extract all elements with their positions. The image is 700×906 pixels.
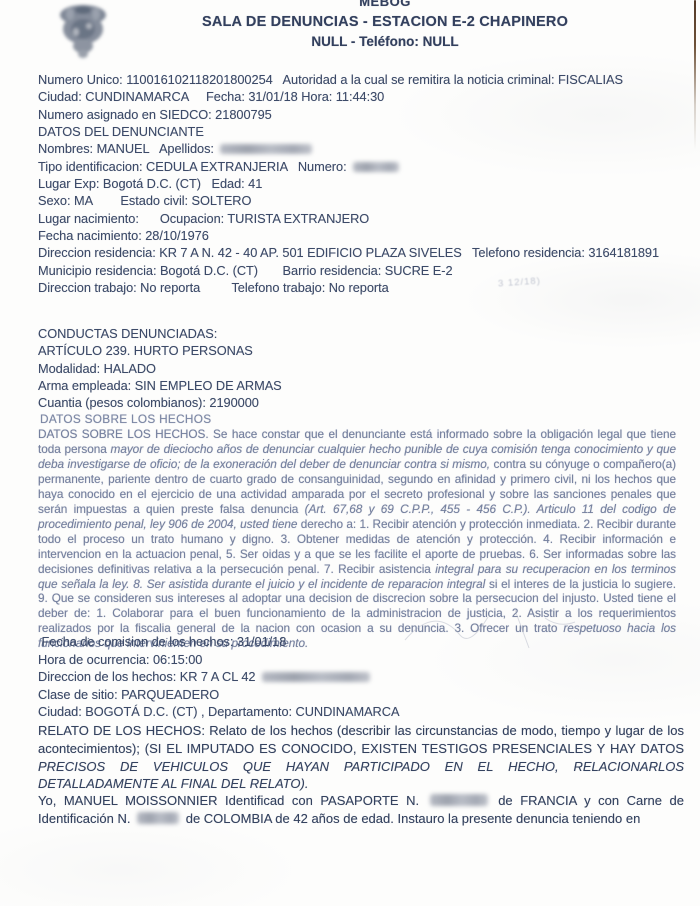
doc-line: Tipo identificacion: CEDULA EXTRANJERIA …	[38, 158, 678, 175]
doc-text: DATOS DEL DENUNCIANTE	[38, 124, 204, 139]
doc-line: Modalidad: HALADO	[38, 360, 678, 377]
doc-line: Numero Unico: 110016102118201800254 Auto…	[38, 71, 678, 88]
doc-text: Clase de sitio: PARQUEADERO	[38, 687, 219, 702]
doc-line: Direccion de los hechos: KR 7 A CL 42	[38, 668, 678, 686]
redacted-text	[262, 672, 370, 682]
doc-text: Numero Unico: 110016102118201800254 Auto…	[38, 72, 623, 87]
doc-text: ARTÍCULO 239. HURTO PERSONAS	[38, 343, 253, 358]
scanned-police-report-page: MEBOG SALA DE DENUNCIAS - ESTACION E-2 C…	[0, 0, 700, 906]
doc-text: Direccion de los hechos: KR 7 A CL 42	[38, 669, 259, 684]
pen-scribble-artifact	[395, 600, 595, 660]
doc-text: Direccion trabajo: No reporta Telefono t…	[38, 280, 389, 295]
doc-text: Modalidad: HALADO	[38, 361, 156, 376]
doc-text: Hora de ocurrencia: 06:15:00	[38, 652, 202, 667]
scan-edge-line-artifact	[694, 0, 696, 150]
doc-text: Lugar Exp: Bogotá D.C. (CT) Edad: 41	[38, 176, 262, 191]
doc-text: Sexo: MA Estado civil: SOLTERO	[38, 193, 251, 208]
doc-line: Ciudad: BOGOTÁ D.C. (CT) , Departamento:…	[38, 703, 678, 721]
doc-line: Arma empleada: SIN EMPLEO DE ARMAS	[38, 377, 678, 394]
redacted-text	[353, 162, 399, 172]
conductas-denunciadas-section: CONDUCTAS DENUNCIADAS:ARTÍCULO 239. HURT…	[38, 325, 678, 412]
doc-line: Direccion residencia: KR 7 A N. 42 - 40 …	[38, 244, 678, 261]
doc-line: Municipio residencia: Bogotá D.C. (CT) B…	[38, 262, 678, 279]
doc-line: Clase de sitio: PARQUEADERO	[38, 686, 678, 704]
doc-text: Tipo identificacion: CEDULA EXTRANJERIA …	[38, 159, 350, 174]
doc-text: Fecha nacimiento: 28/10/1976	[38, 228, 209, 243]
doc-text: de COLOMBIA de 42 años de edad. Instauro…	[182, 811, 640, 826]
doc-line: Nombres: MANUEL Apellidos:	[38, 140, 678, 157]
doc-text: Cuantia (pesos colombianos): 2190000	[38, 395, 259, 410]
doc-text: Yo, MANUEL MOISSONNIER Identificad con P…	[38, 793, 427, 808]
relato-instructions-paragraph: RELATO DE LOS HECHOS: Relato de los hech…	[38, 722, 684, 793]
doc-text: Lugar nacimiento: Ocupacion: TURISTA EXT…	[38, 211, 369, 226]
hechos-section-header: DATOS SOBRE LOS HECHOS	[40, 412, 211, 426]
redacted-text	[430, 794, 488, 806]
doc-line: Cuantia (pesos colombianos): 2190000	[38, 394, 678, 411]
doc-text: PRECISOS DE VEHICULOS QUE HAYAN PARTICIP…	[38, 759, 684, 792]
org-name-clipped: MEBOG	[70, 0, 700, 10]
doc-text: Nombres: MANUEL Apellidos:	[38, 141, 217, 156]
doc-text: RELATO DE LOS HECHOS: Relato de los hech…	[38, 723, 684, 756]
doc-text: Ciudad: CUNDINAMARCA Fecha: 31/01/18 Hor…	[38, 89, 384, 104]
doc-text: Municipio residencia: Bogotá D.C. (CT) B…	[38, 263, 453, 278]
doc-text: Ciudad: BOGOTÁ D.C. (CT) , Departamento:…	[38, 704, 399, 719]
doc-text: Numero asignado en SIEDCO: 21800795	[38, 107, 272, 122]
page-subtitle: NULL - Teléfono: NULL	[70, 34, 700, 50]
doc-line: Sexo: MA Estado civil: SOLTERO	[38, 192, 678, 209]
doc-text: Arma empleada: SIN EMPLEO DE ARMAS	[38, 378, 282, 393]
doc-line: Direccion trabajo: No reporta Telefono t…	[38, 279, 678, 296]
doc-text: CONDUCTAS DENUNCIADAS:	[38, 326, 217, 341]
page-title: SALA DE DENUNCIAS - ESTACION E-2 CHAPINE…	[70, 14, 700, 31]
case-and-denunciante-info: Numero Unico: 110016102118201800254 Auto…	[38, 71, 678, 296]
doc-line: DATOS DEL DENUNCIANTE	[38, 123, 678, 140]
redacted-text	[220, 144, 312, 154]
document-header: MEBOG SALA DE DENUNCIAS - ESTACION E-2 C…	[70, 0, 700, 50]
doc-line: Lugar Exp: Bogotá D.C. (CT) Edad: 41	[38, 175, 678, 192]
declarant-statement-paragraph: Yo, MANUEL MOISSONNIER Identificad con P…	[38, 792, 684, 828]
doc-line: ARTÍCULO 239. HURTO PERSONAS	[38, 342, 678, 359]
redacted-text	[137, 812, 179, 824]
doc-text: Direccion residencia: KR 7 A N. 42 - 40 …	[38, 245, 659, 260]
doc-line: Fecha nacimiento: 28/10/1976	[38, 227, 678, 244]
doc-line: Ciudad: CUNDINAMARCA Fecha: 31/01/18 Hor…	[38, 88, 678, 105]
doc-line: CONDUCTAS DENUNCIADAS:	[38, 325, 678, 342]
doc-line: Numero asignado en SIEDCO: 21800795	[38, 106, 678, 123]
doc-text: Fecha de comision de los hechos: 31/01/1…	[38, 634, 286, 649]
doc-line: Lugar nacimiento: Ocupacion: TURISTA EXT…	[38, 210, 678, 227]
